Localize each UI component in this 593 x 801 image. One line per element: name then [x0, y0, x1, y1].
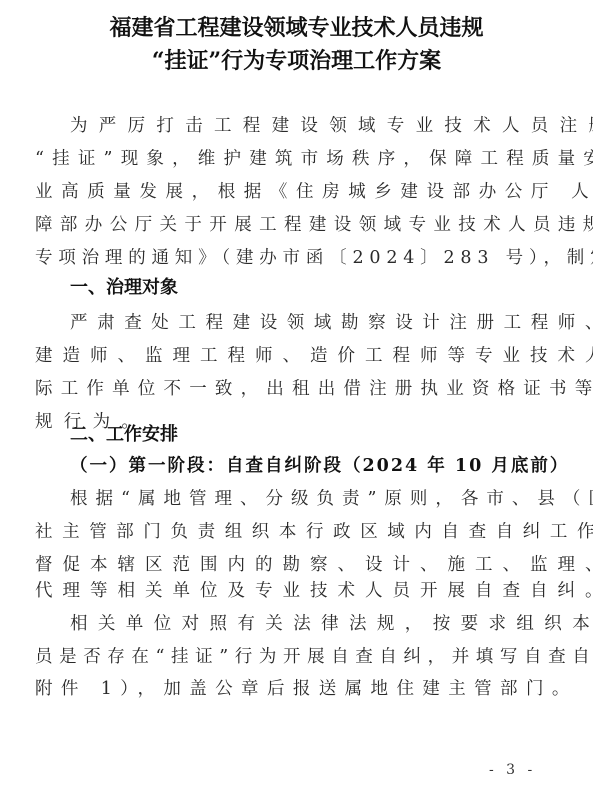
text-line: “挂证”现象，维护建筑市场秩序，保障工程质量安全，促进建筑 [35, 148, 535, 170]
text-line: 相关单位对照有关法律法规，按要求组织本单位专业技术人 [70, 613, 570, 635]
subsection-heading-phase-one: （一）第一阶段：自查自纠阶段（2024 年 10 月底前） [70, 455, 569, 477]
text-line: 员是否存在“挂证”行为开展自查自纠，并填写自查自纠汇总表（见 [35, 646, 535, 668]
text-line: 代理等相关单位及专业技术人员开展自查自纠。 [35, 580, 535, 602]
text-line: 社主管部门负责组织本行政区域内自查自纠工作，通知、指导、 [35, 521, 535, 543]
page-number: - 3 - [489, 762, 536, 778]
text-line: 业高质量发展，根据《住房城乡建设部办公厅 人力资源社会保 [35, 181, 535, 203]
text-line: 际工作单位不一致，出租出借注册执业资格证书等“挂证”违法违 [35, 378, 535, 400]
document-title-line-2: “挂证”行为专项治理工作方案 [0, 48, 593, 74]
text-line: 为严厉打击工程建设领域专业技术人员注册执业资格违规 [70, 115, 570, 137]
text-line: 专项治理的通知》（建办市函〔2024〕283 号），制定本工作方案。 [35, 247, 535, 269]
text-line: 建造师、监理工程师、造价工程师等专业技术人员注册单位与实 [35, 345, 535, 367]
text-line: 严肃查处工程建设领域勘察设计注册工程师、注册建筑师、 [70, 312, 570, 334]
document-title-line-1: 福建省工程建设领域专业技术人员违规 [0, 15, 593, 41]
text-line: 督促本辖区范围内的勘察、设计、施工、监理、造价咨询、招标 [35, 554, 535, 576]
section-heading-targets: 一、治理对象 [70, 277, 178, 299]
text-line: 附件 1），加盖公章后报送属地住建主管部门。 [35, 678, 535, 700]
text-line: 障部办公厅关于开展工程建设领域专业技术人员违规“挂证”行为 [35, 214, 535, 236]
section-heading-arrangements: 二、工作安排 [70, 424, 178, 446]
text-line: 根据“属地管理、分级负责”原则，各市、县（区）住建、人 [70, 488, 570, 510]
